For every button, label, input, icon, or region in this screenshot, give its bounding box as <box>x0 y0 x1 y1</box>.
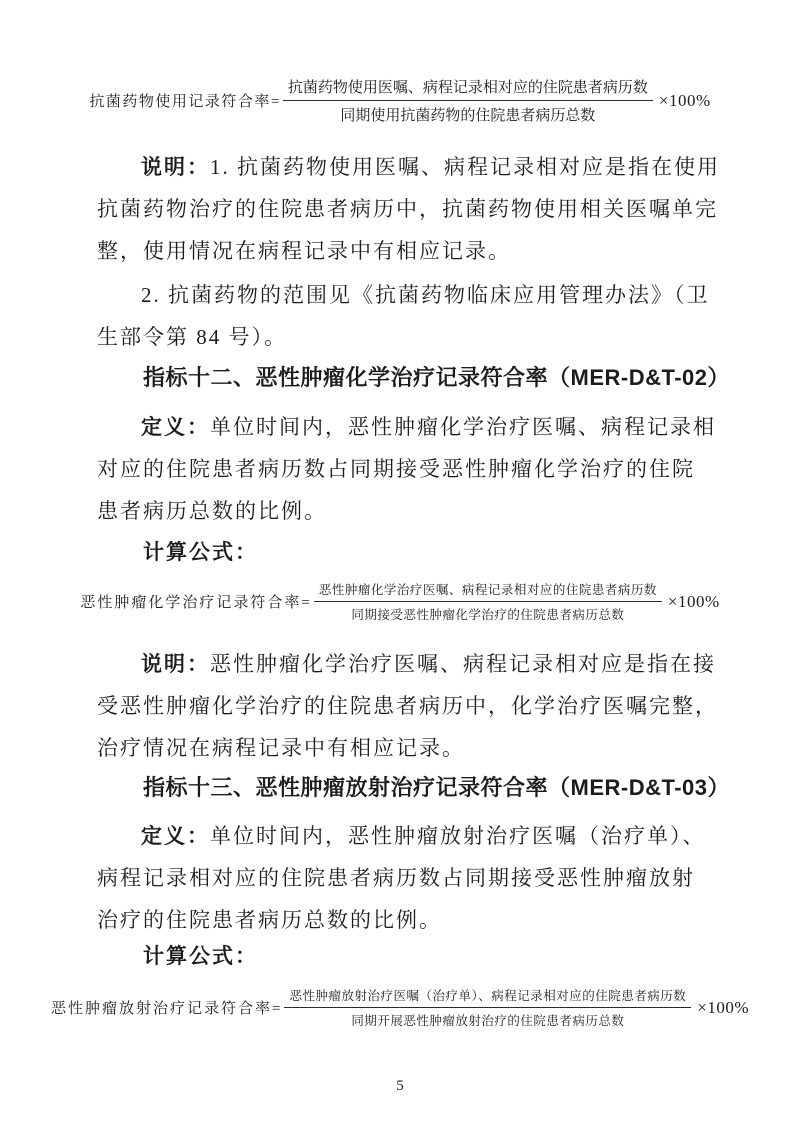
paragraph-text: 单位时间内，恶性肿瘤放射治疗医嘱（治疗单）、 <box>210 824 706 848</box>
paragraph-line: 对应的住院患者病历数占同期接受恶性肿瘤化学治疗的住院 <box>97 448 717 490</box>
paragraph-line: 说明：1. 抗菌药物使用医嘱、病程记录相对应是指在使用 <box>97 146 717 188</box>
paragraph-line: 说明：恶性肿瘤化学治疗医嘱、病程记录相对应是指在接 <box>97 643 717 685</box>
note-chemotherapy-paragraph: 说明：恶性肿瘤化学治疗医嘱、病程记录相对应是指在接 受恶性肿瘤化学治疗的住院患者… <box>97 643 717 769</box>
page-number: 5 <box>0 1078 800 1095</box>
formula-multiplier: ×100% <box>659 91 711 111</box>
calc-formula-label-12: 计算公式： <box>97 532 258 572</box>
formula-fraction: 恶性肿瘤放射治疗医嘱（治疗单）、病程记录相对应的住院患者病历数 同期开展恶性肿瘤… <box>284 986 691 1029</box>
definition-label: 定义： <box>141 415 210 439</box>
paragraph-line: 病程记录相对应的住院患者病历数占同期接受恶性肿瘤放射 <box>97 857 717 899</box>
paragraph-line: 定义：单位时间内，恶性肿瘤化学治疗医嘱、病程记录相 <box>97 406 717 448</box>
paragraph-line: 定义：单位时间内，恶性肿瘤放射治疗医嘱（治疗单）、 <box>97 815 717 857</box>
paragraph-line: 抗菌药物治疗的住院患者病历中，抗菌药物使用相关医嘱单完 <box>97 188 717 230</box>
paragraph-line: 2. 抗菌药物的范围见《抗菌药物临床应用管理办法》（卫 <box>97 274 717 316</box>
note-label: 说明： <box>141 652 210 676</box>
paragraph-text: 1. 抗菌药物使用医嘱、病程记录相对应是指在使用 <box>210 155 720 179</box>
formula-fraction: 抗菌药物使用医嘱、病程记录相对应的住院患者病历数 同期使用抗菌药物的住院患者病历… <box>283 76 653 125</box>
formula-fraction: 恶性肿瘤化学治疗医嘱、病程记录相对应的住院患者病历数 同期接受恶性肿瘤化学治疗的… <box>314 580 662 623</box>
formula-label: 恶性肿瘤化学治疗记录符合率= <box>80 591 311 612</box>
paragraph-line: 整，使用情况在病程记录中有相应记录。 <box>97 230 717 272</box>
formula-numerator: 抗菌药物使用医嘱、病程记录相对应的住院患者病历数 <box>283 76 653 101</box>
paragraph-line: 治疗情况在病程记录中有相应记录。 <box>97 727 717 769</box>
formula-antibacterial-record-rate: 抗菌药物使用记录符合率= 抗菌药物使用医嘱、病程记录相对应的住院患者病历数 同期… <box>0 76 800 125</box>
formula-multiplier: ×100% <box>697 998 749 1018</box>
paragraph-line: 生部令第 84 号）。 <box>97 316 717 358</box>
calc-formula-label-13: 计算公式： <box>97 936 258 976</box>
formula-radiotherapy-record-rate: 恶性肿瘤放射治疗记录符合率= 恶性肿瘤放射治疗医嘱（治疗单）、病程记录相对应的住… <box>0 986 800 1029</box>
definition-13-paragraph: 定义：单位时间内，恶性肿瘤放射治疗医嘱（治疗单）、 病程记录相对应的住院患者病历… <box>97 815 717 941</box>
document-page: 抗菌药物使用记录符合率= 抗菌药物使用医嘱、病程记录相对应的住院患者病历数 同期… <box>0 0 800 1131</box>
formula-label: 抗菌药物使用记录符合率= <box>89 90 280 111</box>
formula-numerator: 恶性肿瘤化学治疗医嘱、病程记录相对应的住院患者病历数 <box>314 580 662 602</box>
formula-denominator: 同期接受恶性肿瘤化学治疗的住院患者病历总数 <box>314 602 662 623</box>
formula-denominator: 同期使用抗菌药物的住院患者病历总数 <box>283 101 653 125</box>
paragraph-text: 单位时间内，恶性肿瘤化学治疗医嘱、病程记录相 <box>210 415 716 439</box>
scope-paragraph: 2. 抗菌药物的范围见《抗菌药物临床应用管理办法》（卫 生部令第 84 号）。 <box>97 274 717 358</box>
paragraph-line: 患者病历总数的比例。 <box>97 490 717 532</box>
heading-indicator-13: 指标十三、恶性肿瘤放射治疗记录符合率（MER-D&T-03） <box>97 768 800 808</box>
definition-label: 定义： <box>141 824 210 848</box>
definition-12-paragraph: 定义：单位时间内，恶性肿瘤化学治疗医嘱、病程记录相 对应的住院患者病历数占同期接… <box>97 406 717 532</box>
formula-multiplier: ×100% <box>668 592 720 612</box>
note-antibacterial-paragraph: 说明：1. 抗菌药物使用医嘱、病程记录相对应是指在使用 抗菌药物治疗的住院患者病… <box>97 146 717 272</box>
formula-chemotherapy-record-rate: 恶性肿瘤化学治疗记录符合率= 恶性肿瘤化学治疗医嘱、病程记录相对应的住院患者病历… <box>0 580 800 623</box>
paragraph-text: 恶性肿瘤化学治疗医嘱、病程记录相对应是指在接 <box>210 652 716 676</box>
paragraph-line: 受恶性肿瘤化学治疗的住院患者病历中，化学治疗医嘱完整， <box>97 685 717 727</box>
formula-label: 恶性肿瘤放射治疗记录符合率= <box>51 997 282 1018</box>
heading-indicator-12: 指标十二、恶性肿瘤化学治疗记录符合率（MER-D&T-02） <box>97 358 800 398</box>
paragraph-line: 治疗的住院患者病历总数的比例。 <box>97 899 717 941</box>
formula-numerator: 恶性肿瘤放射治疗医嘱（治疗单）、病程记录相对应的住院患者病历数 <box>284 986 691 1008</box>
formula-denominator: 同期开展恶性肿瘤放射治疗的住院患者病历总数 <box>284 1008 691 1029</box>
note-label: 说明： <box>141 155 210 179</box>
